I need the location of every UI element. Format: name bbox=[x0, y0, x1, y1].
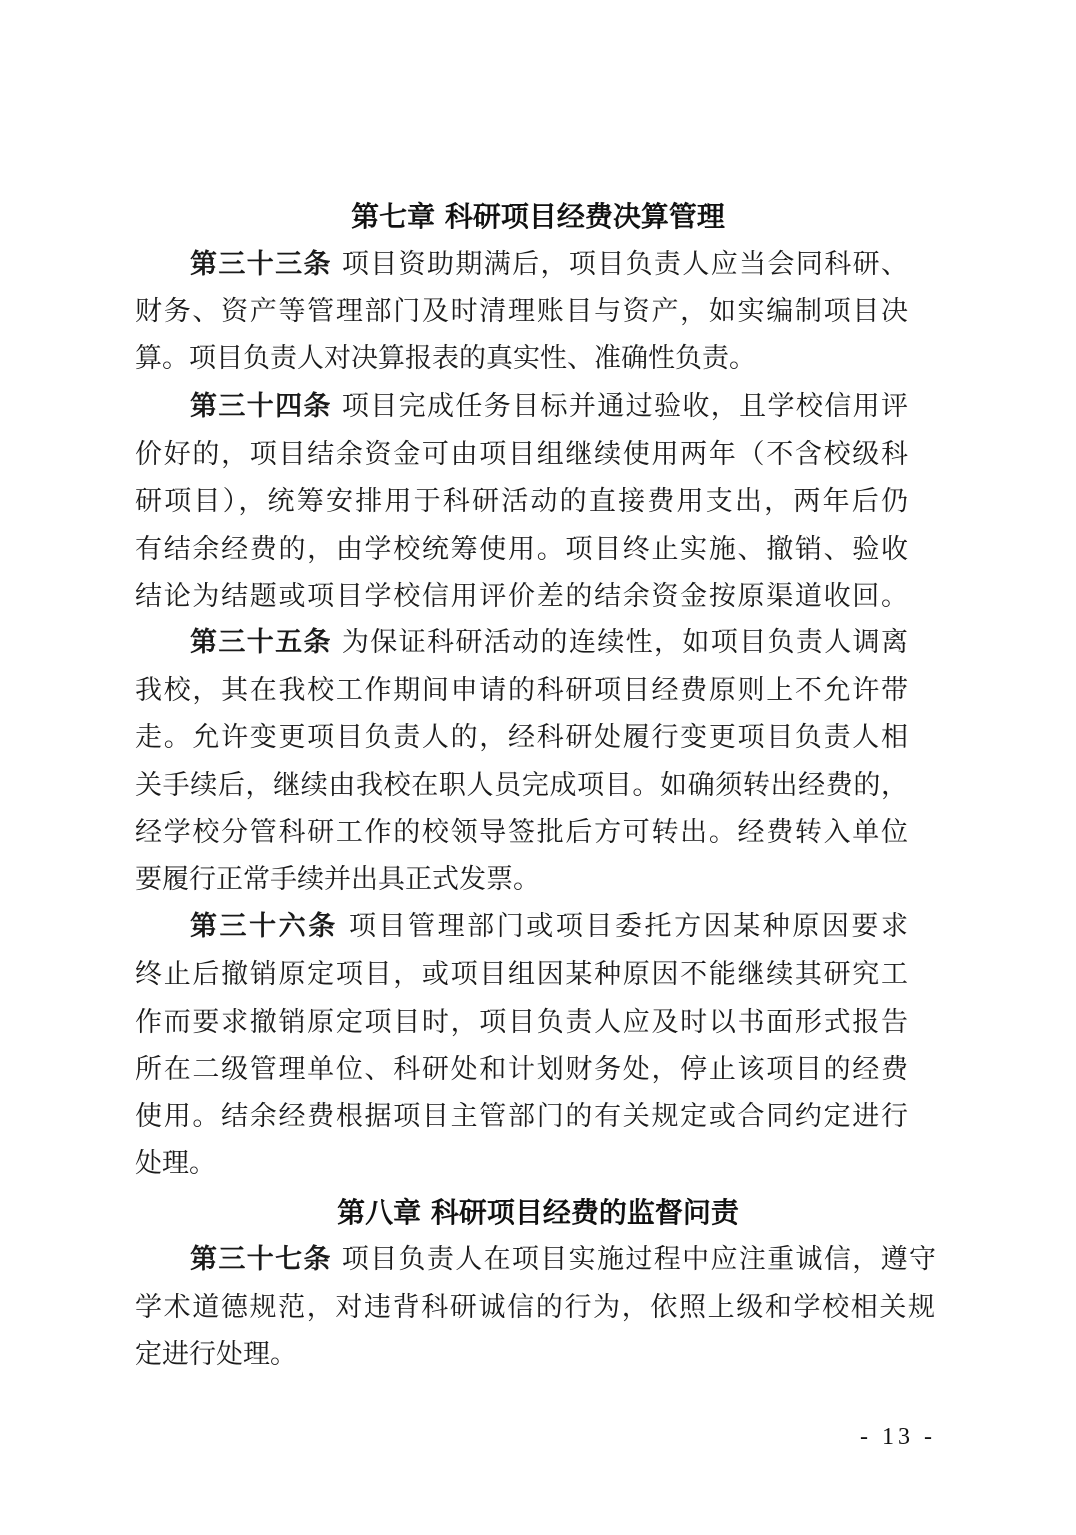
article-34-line-2: 价好的，项目结余资金可由项目组继续使用两年（不含校级科 bbox=[135, 435, 908, 475]
article-37-line-1: 第三十七条 项目负责人在项目实施过程中应注重诚信，遵守 bbox=[190, 1240, 936, 1280]
article-36-line-3: 作而要求撤销原定项目时，项目负责人应及时以书面形式报告 bbox=[135, 1003, 908, 1043]
article-36-line-6: 处理。 bbox=[135, 1144, 908, 1184]
article-35-line-1: 第三十五条 为保证科研活动的连续性，如项目负责人调离 bbox=[190, 623, 908, 663]
article-34-line-5: 结论为结题或项目学校信用评价差的结余资金按原渠道收回。 bbox=[135, 577, 908, 617]
page-number: - 13 - bbox=[860, 1424, 936, 1451]
article-35-line-4: 关手续后，继续由我校在职人员完成项目。如确须转出经费的， bbox=[135, 766, 908, 806]
article-36-line-2: 终止后撤销原定项目，或项目组因某种原因不能继续其研究工 bbox=[135, 955, 908, 995]
article-35-line-3: 走。允许变更项目负责人的，经科研处履行变更项目负责人相 bbox=[135, 718, 908, 758]
article-36-line-4: 所在二级管理单位、科研处和计划财务处，停止该项目的经费 bbox=[135, 1050, 908, 1090]
article-33-line-1: 第三十三条 项目资助期满后，项目负责人应当会同科研、 bbox=[190, 245, 908, 285]
article-37-line-2: 学术道德规范，对违背科研诚信的行为，依照上级和学校相关规 bbox=[135, 1288, 935, 1328]
article-35-line-6: 要履行正常手续并出具正式发票。 bbox=[135, 860, 908, 900]
article-36-label: 第三十六条 bbox=[190, 911, 338, 942]
article-34-line-1: 第三十四条 项目完成任务目标并通过验收，且学校信用评 bbox=[190, 387, 908, 427]
article-36-line-1: 第三十六条 项目管理部门或项目委托方因某种原因要求 bbox=[190, 907, 908, 947]
article-34-line-4: 有结余经费的，由学校统筹使用。项目终止实施、撤销、验收 bbox=[135, 530, 908, 570]
chapter-7-title: 第七章 科研项目经费决算管理 bbox=[0, 197, 1076, 237]
article-33-line-3: 算。项目负责人对决算报表的真实性、准确性负责。 bbox=[135, 339, 908, 379]
article-35-line-5: 经学校分管科研工作的校领导签批后方可转出。经费转入单位 bbox=[135, 813, 908, 853]
article-37-label: 第三十七条 bbox=[190, 1244, 332, 1275]
article-37-line-3: 定进行处理。 bbox=[135, 1335, 908, 1375]
article-36-line-5: 使用。结余经费根据项目主管部门的有关规定或合同约定进行 bbox=[135, 1097, 908, 1137]
article-33-line-2: 财务、资产等管理部门及时清理账目与资产，如实编制项目决 bbox=[135, 292, 908, 332]
chapter-8-title: 第八章 科研项目经费的监督问责 bbox=[0, 1193, 1076, 1233]
article-33-label: 第三十三条 bbox=[190, 249, 332, 280]
article-35-label: 第三十五条 bbox=[190, 627, 332, 658]
document-page: 第七章 科研项目经费决算管理 第三十三条 项目资助期满后，项目负责人应当会同科研… bbox=[0, 0, 1076, 1535]
article-35-line-2: 我校，其在我校工作期间申请的科研项目经费原则上不允许带 bbox=[135, 671, 908, 711]
article-34-line-3: 研项目），统筹安排用于科研活动的直接费用支出，两年后仍 bbox=[135, 482, 908, 522]
article-34-label: 第三十四条 bbox=[190, 391, 332, 422]
